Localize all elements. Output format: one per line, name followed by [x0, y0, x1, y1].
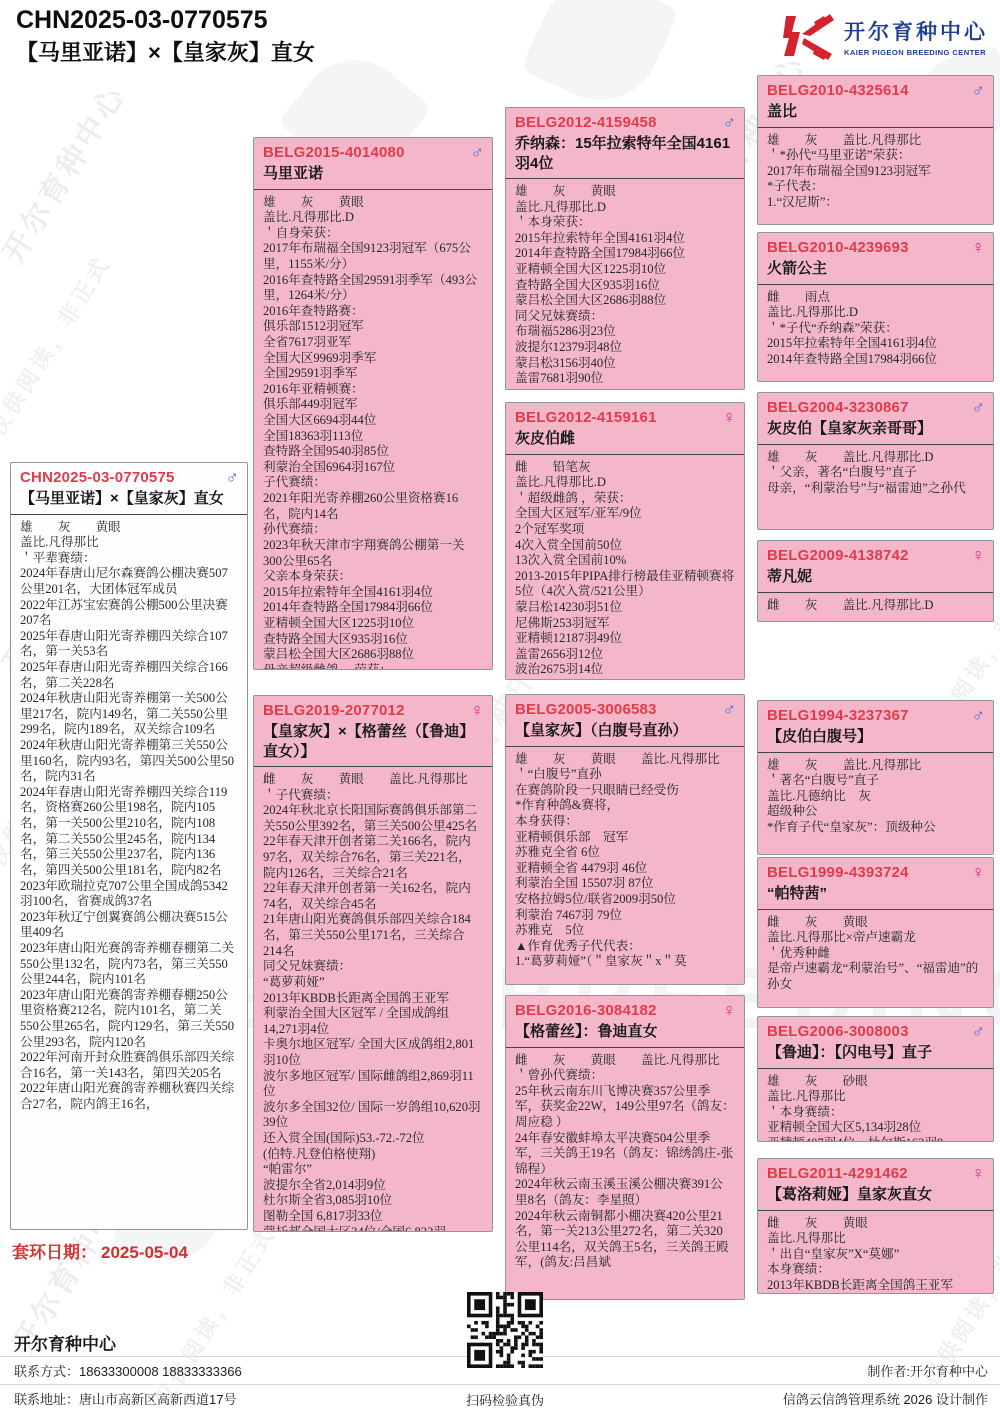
- pedigree-text-line: 2025年春唐山阳光寄养棚四关综合166名，第二关228名: [20, 660, 238, 691]
- pedigree-text-line: 雄 灰 黄眼: [20, 520, 238, 536]
- pedigree-text-line: 盖比.凡德纳比 灰: [767, 789, 984, 805]
- pedigree-text-line: 波尔多全国32位/ 国际一岁鸽组10,620羽39位: [263, 1100, 483, 1131]
- pedigree-card: BELG1994-3237367 ♂ 【皮伯白腹号】 雄 灰 盖比.凡得那比＇著…: [757, 700, 994, 855]
- pedigree-text-line: 蒙吕松14230羽51位: [515, 600, 735, 616]
- card-header: BELG2015-4014080 ♂ 马里亚诺: [254, 138, 492, 190]
- pedigree-text-line: 利蒙治全国大区冠军 / 全国成鸽组14,271羽4位: [263, 1006, 483, 1037]
- pedigree-text-line: 2024年秋唐山阳光寄养棚第三关550公里160名，院内93名，第四关500公里…: [20, 738, 238, 785]
- pedigree-text-line: 2024年春唐山尼尔森赛鸽公棚决赛507公里201名，大团体冠军成员: [20, 566, 238, 597]
- pedigree-text-line: 亚精顿全省 4479羽 46位: [515, 861, 735, 877]
- ring-number: BELG2016-3084182: [515, 1002, 735, 1019]
- card-header: BELG2010-4325614 ♂ 盖比: [758, 76, 993, 128]
- male-icon: ♂: [723, 113, 737, 131]
- ring-number: BELG2019-2077012: [263, 702, 483, 719]
- pedigree-text-line: 苏雅克全省 6位: [515, 845, 735, 861]
- ring-number: BELG2015-4014080: [263, 144, 483, 161]
- card-title: 【鲁迪】：【闪电号】直子: [767, 1043, 984, 1063]
- pedigree-text-line: 本身赛绩：: [767, 1262, 984, 1278]
- pedigree-text-line: ＇超级雌鸽 ，荣获：: [515, 491, 735, 507]
- pedigree-text-line: 雄 灰 黄眼 盖比.凡得那比: [515, 752, 735, 768]
- pedigree-text-line: 父亲本身荣获：: [263, 569, 483, 585]
- card-body: 雄 灰 盖比.凡得那比.D＇父亲，著名“白腹号”直子母亲，“利蒙治号”与“福雷迪…: [758, 445, 993, 503]
- pedigree-text-line: 2024年秋唐山阳光寄养棚第一关500公里217名，院内149名，第二关550公…: [20, 691, 238, 738]
- page-ring-id: CHN2025-03-0770575: [16, 6, 268, 35]
- pedigree-text-line: 2013-2015年PIPA排行榜最佳亚精顿赛将5位（4次入赏/521公里）: [515, 569, 735, 600]
- card-header: BELG2004-3230867 ♂ 灰皮伯【皇家灰亲哥哥】: [758, 393, 993, 445]
- female-icon: ♀: [972, 546, 986, 564]
- card-title: 乔纳森：15年拉索特年全国4161羽4位: [515, 134, 735, 173]
- qr-caption: 扫码检验真伪: [445, 1390, 565, 1409]
- pedigree-text-line: 波尔多地区冠军/ 国际雌鸽组2,869羽11位: [263, 1069, 483, 1100]
- pedigree-text-line: 13次入赏全国前10%: [515, 553, 735, 569]
- pedigree-text-line: 2021年阳光寄养棚260公里资格赛16名，院内14名: [263, 491, 483, 522]
- floral-ornament: [520, 0, 679, 120]
- card-body: 雄 灰 黄眼盖比.凡得那比＇平辈赛绩：2024年春唐山尼尔森赛鸽公棚决赛507公…: [11, 515, 247, 1119]
- pedigree-text-line: 利蒙治全国6964羽167位: [263, 460, 483, 476]
- female-icon: ♀: [723, 408, 737, 426]
- pedigree-text-line: 盖比.凡得那比.D: [515, 475, 735, 491]
- pedigree-text-line: *子代表：: [767, 179, 984, 195]
- pedigree-text-line: 全国18363羽113位: [263, 429, 483, 445]
- card-header: BELG2010-4239693 ♀ 火箭公主: [758, 233, 993, 285]
- card-body: 雌 灰 盖比.凡得那比.D: [758, 593, 993, 620]
- pedigree-text-line: 雄 灰 砂眼: [767, 1074, 984, 1090]
- pedigree-text-line: 21年唐山阳光赛鸽俱乐部四关综合184名，第三关550公里171名，三关综合21…: [263, 912, 483, 959]
- pedigree-card: BELG2016-3084182 ♀ 【格蕾丝】：鲁迪直女 雌 灰 黄眼 盖比.…: [505, 995, 745, 1300]
- footer-system: 信鸽云信鸽管理系统 2026 设计制作: [783, 1389, 988, 1408]
- pedigree-text-line: 利蒙治 7467羽 79位: [515, 908, 735, 924]
- pedigree-text-line: “葛萝莉娅”: [263, 975, 483, 991]
- pedigree-text-line: “帕雷尔”: [263, 1162, 483, 1178]
- pedigree-text-line: ▲作育优秀子代代表：: [515, 939, 735, 955]
- pedigree-text-line: 2014年查特路全国17984羽66位: [767, 352, 984, 368]
- pedigree-text-line: 2022年江苏宝宏赛鸽公棚500公里决赛207名: [20, 598, 238, 629]
- pedigree-card: BELG2012-4159458 ♂ 乔纳森：15年拉索特年全国4161羽4位 …: [505, 107, 745, 390]
- card-title: 盖比: [767, 102, 984, 122]
- pedigree-text-line: 蒙吕松全国大区2686羽88位: [263, 647, 483, 663]
- pedigree-text-line: 亚精顿全国大区1225羽10位: [263, 616, 483, 632]
- pedigree-text-line: 2022年唐山阳光赛鸽寄养棚秋赛四关综合27名，院内鸽王16名，: [20, 1081, 238, 1112]
- male-icon: ♂: [972, 706, 986, 724]
- pedigree-text-line: ＇“白腹号”直孙: [515, 767, 735, 783]
- pedigree-text-line: 25年秋云南东川飞博决赛357公里季军，获奖金22W，149公里97名（鸽友：周…: [515, 1084, 735, 1131]
- pedigree-text-line: 2023年唐山阳光赛鸽寄养棚春棚第二关550公里132名，院内73名，第三关55…: [20, 941, 238, 988]
- pedigree-text-line: 利蒙治全国 15507羽 87位: [515, 876, 735, 892]
- card-header: BELG2011-4291462 ♀ 【葛洛莉娅】皇家灰直女: [758, 1159, 993, 1211]
- pedigree-text-line: 超级种公: [767, 804, 984, 820]
- pedigree-text-line: ＇著名“白腹号”直子: [767, 773, 984, 789]
- card-header: BELG2005-3006583 ♂ 【皇家灰】（白腹号直孙）: [506, 695, 744, 747]
- female-icon: ♀: [471, 701, 485, 719]
- kaier-k-ribbon-icon: [780, 12, 836, 60]
- ring-number: BELG2004-3230867: [767, 399, 984, 416]
- card-title: 马里亚诺: [263, 164, 483, 184]
- pedigree-card: BELG2004-3230867 ♂ 灰皮伯【皇家灰亲哥哥】 雄 灰 盖比.凡得…: [757, 392, 994, 530]
- watermark-brand: 开尔育种中心: [0, 74, 135, 270]
- pedigree-text-line: 亚精顿俱乐部 冠军: [515, 830, 735, 846]
- pedigree-text-line: ＇平辈赛绩：: [20, 551, 238, 567]
- pedigree-text-line: 盖雷7681羽90位: [515, 371, 735, 387]
- pedigree-text-line: 波提尔全省2,014羽9位: [263, 1178, 483, 1194]
- card-header: BELG2016-3084182 ♀ 【格蕾丝】：鲁迪直女: [506, 996, 744, 1048]
- female-icon: ♀: [972, 1164, 986, 1182]
- pedigree-text-line: 1.“汉尼斯”：: [767, 195, 984, 211]
- pedigree-text-line: 蒙托邦全国大区34位/全国6,822羽: [263, 1225, 483, 1232]
- ring-number: BELG2009-4138742: [767, 547, 984, 564]
- pedigree-text-line: 2017年布瑞福全国9123羽冠军: [767, 164, 984, 180]
- ring-number: BELG2012-4159161: [515, 409, 735, 426]
- pedigree-text-line: 卡奥尔地区冠军/ 全国大区成鸽组2,801羽10位: [263, 1037, 483, 1068]
- ring-number: CHN2025-03-0770575: [20, 469, 238, 486]
- pedigree-text-line: 22年春天津开创者第二关166名，院内97名，双关综合76名，第三关221名，院…: [263, 834, 483, 881]
- contact-phones: 18633300008 18833333366: [79, 1364, 242, 1379]
- pedigree-text-line: 安格拉姆5位/联省2009羽50位: [515, 892, 735, 908]
- pedigree-text-line: 2013年KBDB长距离全国鸽王亚军: [767, 1278, 984, 1294]
- pedigree-text-line: 2024年春唐山阳光寄养棚四关综合119名，资格赛260公里198名，院内105…: [20, 785, 238, 879]
- card-body: 雌 灰 黄眼盖比.凡得那比×帝卢速霸龙＇优秀种雌是帝卢速霸龙“利蒙治号”、“福雷…: [758, 910, 993, 999]
- pedigree-text-line: 雌 灰 盖比.凡得那比.D: [767, 598, 984, 614]
- male-icon: ♂: [723, 700, 737, 718]
- pedigree-text-line: 2016年亚精顿赛：: [263, 382, 483, 398]
- card-title: 【格蕾丝】：鲁迪直女: [515, 1022, 735, 1042]
- pedigree-text-line: 2015年拉索特年全国4161羽4位: [263, 585, 483, 601]
- card-header: BELG2019-2077012 ♀ 【皇家灰】×【格蕾丝（【鲁迪】直女）】: [254, 696, 492, 767]
- pedigree-text-line: 盖比.凡得那比: [767, 1089, 984, 1105]
- ring-date-value: 2025-05-04: [101, 1243, 188, 1262]
- pedigree-text-line: 亚精顿12187羽49位: [515, 631, 735, 647]
- pedigree-text-line: ＇本身荣获：: [515, 215, 735, 231]
- pedigree-text-line: 图勒全国 6,817羽33位: [263, 1209, 483, 1225]
- pedigree-text-line: ＇曾孙代赛绩：: [515, 1068, 735, 1084]
- pedigree-text-line: 尼佛斯253羽冠军: [515, 616, 735, 632]
- card-title: 【皇家灰】（白腹号直孙）: [515, 721, 735, 741]
- pedigree-text-line: 雄 灰 黄眼: [515, 184, 735, 200]
- card-title: 灰皮伯雌: [515, 429, 735, 449]
- ring-number: BELG2005-3006583: [515, 701, 735, 718]
- pedigree-card: BELG2010-4239693 ♀ 火箭公主 雌 雨点盖比.凡得那比.D＇*子…: [757, 232, 994, 382]
- pedigree-text-line: 2023年秋天津市宇翔赛鸽公棚第一关300公里65名: [263, 538, 483, 569]
- pedigree-text-line: 全国大区6694羽44位: [263, 413, 483, 429]
- pedigree-text-line: 波提尔12379羽48位: [515, 340, 735, 356]
- pedigree-card: BELG2009-4138742 ♀ 蒂凡妮 雌 灰 盖比.凡得那比.D: [757, 540, 994, 622]
- card-title: 【马里亚诺】×【皇家灰】直女: [20, 489, 238, 509]
- pedigree-text-line: 同父兄妹赛绩：: [263, 959, 483, 975]
- pedigree-text-line: ＇优秀种雌: [767, 946, 984, 962]
- footer-contact: 联系方式：18633300008 18833333366: [14, 1361, 242, 1380]
- pedigree-text-line: 1.“葛萝莉娅”（＂皇家灰＂x＂莫: [515, 954, 735, 970]
- pedigree-text-line: 本身获得：: [515, 814, 735, 830]
- pedigree-text-line: 雌 雨点: [767, 290, 984, 306]
- pedigree-text-line: 孙代赛绩：: [263, 522, 483, 538]
- card-header: BELG1999-4393724 ♀ “帕特茜”: [758, 858, 993, 910]
- pedigree-text-line: 雌 灰 黄眼: [767, 1216, 984, 1232]
- pedigree-text-line: 2014年查特路全国17984羽66位: [263, 600, 483, 616]
- ring-number: BELG2006-3008003: [767, 1023, 984, 1040]
- pedigree-text-line: 2017年布瑞福全国9123羽冠军（675公里，1155米/分）: [263, 241, 483, 272]
- card-body: 雄 灰 盖比.凡得那比＇*孙代“马里亚诺”荣获：2017年布瑞福全国9123羽冠…: [758, 128, 993, 217]
- pedigree-text-line: 母亲超级雌鸽 ，荣获：: [263, 663, 483, 670]
- pedigree-text-line: ＇*孙代“马里亚诺”荣获：: [767, 148, 984, 164]
- pedigree-card: BELG2005-3006583 ♂ 【皇家灰】（白腹号直孙） 雄 灰 黄眼 盖…: [505, 694, 745, 985]
- pedigree-text-line: 2016年查特路赛：: [263, 304, 483, 320]
- brand-logo-text: 开尔育种中心 KAIER PIGEON BREEDING CENTER: [844, 16, 988, 57]
- card-header: BELG2006-3008003 ♂ 【鲁迪】：【闪电号】直子: [758, 1017, 993, 1069]
- pedigree-text-line: 2025年春唐山阳光寄养棚四关综合107名，第一关53名: [20, 629, 238, 660]
- pedigree-text-line: 盖比.凡得那比.D: [263, 210, 483, 226]
- ring-number: BELG2011-4291462: [767, 1165, 984, 1182]
- pedigree-text-line: 盖比.凡得那比: [20, 535, 238, 551]
- pedigree-text-line: 同父兄妹赛绩：: [515, 309, 735, 325]
- footer-divider: [0, 1384, 1000, 1385]
- pedigree-text-line: 母亲，“利蒙治号”与“福雷迪”之孙代: [767, 481, 984, 497]
- pedigree-text-line: ＇自身荣获：: [263, 226, 483, 242]
- pedigree-text-line: 2024年秋北京长阳国际赛鸽俱乐部第二关550公里392名，第三关500公里42…: [263, 803, 483, 834]
- pedigree-text-line: 2022年河南开封众胜赛鸽俱乐部四关综合16名，第一关143名，第四关205名: [20, 1050, 238, 1081]
- card-body: 雄 灰 盖比.凡得那比＇著名“白腹号”直子盖比.凡德纳比 灰超级种公*作育子代“…: [758, 753, 993, 842]
- pedigree-text-line: 2023年欧瑞拉克707公里全国成鸽5342羽100名，省赛成鸽37名: [20, 879, 238, 910]
- ring-number: BELG1994-3237367: [767, 707, 984, 724]
- brand-name-cn: 开尔育种中心: [844, 16, 988, 46]
- ring-number: BELG2010-4239693: [767, 239, 984, 256]
- pedigree-text-line: ＇父亲，著名“白腹号”直子: [767, 465, 984, 481]
- pedigree-text-line: *作育种鸽&赛将，: [515, 798, 735, 814]
- pedigree-text-line: 2015年拉索特年全国4161羽4位: [515, 231, 735, 247]
- pedigree-card-sire: BELG2015-4014080 ♂ 马里亚诺 雄 灰 黄眼盖比.凡得那比.D＇…: [253, 137, 493, 670]
- pedigree-text-line: (伯特.凡登伯格使翔): [263, 1147, 483, 1163]
- pedigree-text-line: 盖比.凡得那比.D: [767, 305, 984, 321]
- ring-date: 套环日期：2025-05-04: [12, 1238, 188, 1263]
- pedigree-text-line: 雄 灰 盖比.凡得那比: [767, 133, 984, 149]
- card-title: 火箭公主: [767, 259, 984, 279]
- card-title: 蒂凡妮: [767, 567, 984, 587]
- pedigree-text-line: 24年春安徽蚌埠太平决赛504公里季军，三关鸽王19名（鸽友：锦绣鸽庄-张锦程）: [515, 1131, 735, 1178]
- pedigree-text-line: 全国29591羽季军: [263, 366, 483, 382]
- pedigree-text-line: 2023年秋辽宁创翼赛鸽公棚决赛515公里409名: [20, 910, 238, 941]
- pedigree-text-line: 2015年拉索特年全国4161羽4位: [767, 336, 984, 352]
- contact-label: 联系方式：: [14, 1364, 79, 1379]
- pedigree-text-line: 还入赏全国(国际)53.-72.-72位: [263, 1131, 483, 1147]
- qr-code: [467, 1292, 543, 1368]
- pedigree-text-line: ＇子代赛绩：: [263, 788, 483, 804]
- pedigree-text-line: 盖比.凡得那比.D: [515, 200, 735, 216]
- card-title: “帕特茜”: [767, 884, 984, 904]
- card-body: 雌 雨点盖比.凡得那比.D＇*子代“乔纳森”荣获：2015年拉索特年全国4161…: [758, 285, 993, 374]
- card-header: BELG2009-4138742 ♀ 蒂凡妮: [758, 541, 993, 593]
- pedigree-text-line: 俱乐部1512羽冠军: [263, 319, 483, 335]
- card-body: 雄 灰 黄眼 盖比.凡得那比＇“白腹号”直孙在赛鸽阶段一只眼睛已经受伤*作育种鸽…: [506, 747, 744, 977]
- pedigree-text-line: 雄 灰 盖比.凡得那比: [767, 758, 984, 774]
- pedigree-text-line: 2个冠军奖项: [515, 522, 735, 538]
- card-header: BELG2012-4159458 ♂ 乔纳森：15年拉索特年全国4161羽4位: [506, 108, 744, 179]
- ring-number: BELG2010-4325614: [767, 82, 984, 99]
- card-body: 雌 灰 黄眼 盖比.凡得那比＇曾孙代赛绩：25年秋云南东川飞博决赛357公里季军…: [506, 1048, 744, 1278]
- pedigree-card-subject: CHN2025-03-0770575 ♂ 【马里亚诺】×【皇家灰】直女 雄 灰 …: [10, 462, 248, 1230]
- watermark-note: 仅供阅读，非正式: [0, 249, 117, 442]
- pedigree-text-line: 波治2675羽14位: [515, 662, 735, 678]
- pedigree-card-dam: BELG2019-2077012 ♀ 【皇家灰】×【格蕾丝（【鲁迪】直女）】 雌…: [253, 695, 493, 1232]
- pedigree-text-line: 全国大区冠军/亚军/9位: [515, 506, 735, 522]
- pedigree-text-line: *作育子代“皇家灰”：顶级种公: [767, 820, 984, 836]
- pedigree-text-line: 蒙吕松全国大区2686羽88位: [515, 293, 735, 309]
- pedigree-text-line: 2024年秋云南玉溪玉溪公棚决赛391公里8名（鸽友：李星照）: [515, 1177, 735, 1208]
- male-icon: ♂: [226, 468, 240, 486]
- pedigree-text-line: 雄 灰 盖比.凡得那比.D: [767, 450, 984, 466]
- pedigree-text-line: 全省7617羽亚军: [263, 335, 483, 351]
- pedigree-text-line: 雄 灰 黄眼: [263, 195, 483, 211]
- pedigree-text-line: 2023年唐山阳光赛鸽寄养棚春棚250公里资格赛212名，院内101名，第二关5…: [20, 988, 238, 1050]
- male-icon: ♂: [972, 398, 986, 416]
- ring-number: BELG2012-4159458: [515, 114, 735, 131]
- pedigree-text-line: 雌 灰 黄眼: [767, 915, 984, 931]
- female-icon: ♀: [972, 863, 986, 881]
- pedigree-text-line: 雌 灰 黄眼 盖比.凡得那比: [515, 1053, 735, 1069]
- male-icon: ♂: [972, 81, 986, 99]
- pedigree-text-line: 盖比.凡得那比×帝卢速霸龙: [767, 930, 984, 946]
- pedigree-text-line: 雌 铅笔灰: [515, 460, 735, 476]
- pedigree-text-line: 2013年KBDB长距离全国鸽王亚军: [263, 991, 483, 1007]
- pedigree-text-line: ＇出自“皇家灰”X“莫娜”: [767, 1247, 984, 1263]
- pedigree-text-line: 查特路全国大区935羽16位: [263, 632, 483, 648]
- card-header: CHN2025-03-0770575 ♂ 【马里亚诺】×【皇家灰】直女: [11, 463, 247, 515]
- card-title: 【皮伯白腹号】: [767, 727, 984, 747]
- footer-maker: 制作者:开尔育种中心: [867, 1361, 988, 1380]
- pedigree-text-line: 22年春天津开创者第一关162名，院内74名，双关综合45名: [263, 881, 483, 912]
- pedigree-text-line: 俱乐部449羽冠军: [263, 397, 483, 413]
- pedigree-text-line: 查特路全国大区935羽16位: [515, 278, 735, 294]
- brand-logo: 开尔育种中心 KAIER PIGEON BREEDING CENTER: [780, 12, 988, 60]
- pedigree-text-line: 雌 灰 黄眼 盖比.凡得那比: [263, 772, 483, 788]
- pedigree-text-line: 4次入赏全国前50位: [515, 538, 735, 554]
- pedigree-text-line: 2014年查特路全国17984羽66位: [515, 246, 735, 262]
- pedigree-text-line: 盖雷2656羽12位: [515, 647, 735, 663]
- card-body: 雌 灰 黄眼 盖比.凡得那比＇子代赛绩：2024年秋北京长阳国际赛鸽俱乐部第二关…: [254, 767, 492, 1232]
- footer-address: 联系地址：唐山市高新区高新西道17号: [14, 1389, 236, 1408]
- ring-number: BELG1999-4393724: [767, 864, 984, 881]
- pedigree-text-line: 盖比.凡得那比: [767, 1231, 984, 1247]
- pedigree-text-line: 是帝卢速霸龙“利蒙治号”、“福雷迪”的孙女: [767, 961, 984, 992]
- address-value: 唐山市高新区高新西道17号: [79, 1392, 236, 1407]
- footer-company: 开尔育种中心: [14, 1330, 116, 1355]
- card-body: 雌 铅笔灰盖比.凡得那比.D＇超级雌鸽 ，荣获：全国大区冠军/亚军/9位2个冠军…: [506, 455, 744, 681]
- pedigree-text-line: ＇*子代“乔纳森”荣获：: [767, 321, 984, 337]
- ring-date-label: 套环日期：: [12, 1243, 97, 1262]
- address-label: 联系地址：: [14, 1392, 79, 1407]
- pedigree-text-line: 2016年查特路全国29591羽季军（493公里，1264米/分）: [263, 273, 483, 304]
- pedigree-text-line: 2024年秋云南铜都小棚决赛420公里21名，第一关213公里272名，第二关3…: [515, 1209, 735, 1271]
- page-title: 【马里亚诺】×【皇家灰】直女: [16, 36, 315, 67]
- pedigree-text-line: 在赛鸽阶段一只眼睛已经受伤: [515, 783, 735, 799]
- pedigree-text-line: 全国大区9969羽季军: [263, 351, 483, 367]
- pedigree-text-line: 杜尔斯全省3,085羽10位: [263, 1193, 483, 1209]
- card-body: 雄 灰 黄眼盖比.凡得那比.D＇本身荣获：2015年拉索特年全国4161羽4位2…: [506, 179, 744, 390]
- female-icon: ♀: [972, 238, 986, 256]
- pedigree-text-line: 布瑞福5286羽23位: [515, 324, 735, 340]
- card-header: BELG1994-3237367 ♂ 【皮伯白腹号】: [758, 701, 993, 753]
- pedigree-text-line: 亚精顿全国大区5,134羽28位: [767, 1120, 984, 1136]
- pedigree-text-line: 蒙吕松3156羽40位: [515, 356, 735, 372]
- female-icon: ♀: [723, 1001, 737, 1019]
- card-body: 雄 灰 砂眼盖比.凡得那比＇本身赛绩：亚精顿全国大区5,134羽28位亚精顿40…: [758, 1069, 993, 1143]
- pedigree-card: BELG2012-4159161 ♀ 灰皮伯雌 雌 铅笔灰盖比.凡得那比.D＇超…: [505, 402, 745, 680]
- card-body: 雌 灰 黄眼盖比.凡得那比＇出自“皇家灰”X“莫娜”本身赛绩：2013年KBDB…: [758, 1211, 993, 1295]
- pedigree-text-line: 亚精顿全国大区1225羽10位: [515, 262, 735, 278]
- pedigree-text-line: 苏雅克 5位: [515, 923, 735, 939]
- card-header: BELG2012-4159161 ♀ 灰皮伯雌: [506, 403, 744, 455]
- card-title: 灰皮伯【皇家灰亲哥哥】: [767, 419, 984, 439]
- pedigree-text-line: 子代赛绩：: [263, 475, 483, 491]
- pedigree-text-line: 亚精顿407羽4位、杜尔斯162羽8: [767, 1136, 984, 1142]
- male-icon: ♂: [972, 1022, 986, 1040]
- male-icon: ♂: [471, 143, 485, 161]
- pedigree-card: BELG1999-4393724 ♀ “帕特茜” 雌 灰 黄眼盖比.凡得那比×帝…: [757, 857, 994, 1008]
- pedigree-text-line: 查特路全国9540羽85位: [263, 444, 483, 460]
- brand-name-en: KAIER PIGEON BREEDING CENTER: [844, 48, 988, 57]
- card-title: 【葛洛莉娅】皇家灰直女: [767, 1185, 984, 1205]
- pedigree-card: BELG2010-4325614 ♂ 盖比 雄 灰 盖比.凡得那比＇*孙代“马里…: [757, 75, 994, 225]
- pedigree-card: BELG2006-3008003 ♂ 【鲁迪】：【闪电号】直子 雄 灰 砂眼盖比…: [757, 1016, 994, 1142]
- card-body: 雄 灰 黄眼盖比.凡得那比.D＇自身荣获：2017年布瑞福全国9123羽冠军（6…: [254, 190, 492, 671]
- pedigree-card: BELG2011-4291462 ♀ 【葛洛莉娅】皇家灰直女 雌 灰 黄眼盖比.…: [757, 1158, 994, 1294]
- card-title: 【皇家灰】×【格蕾丝（【鲁迪】直女）】: [263, 722, 483, 761]
- pedigree-text-line: ＇本身赛绩：: [767, 1105, 984, 1121]
